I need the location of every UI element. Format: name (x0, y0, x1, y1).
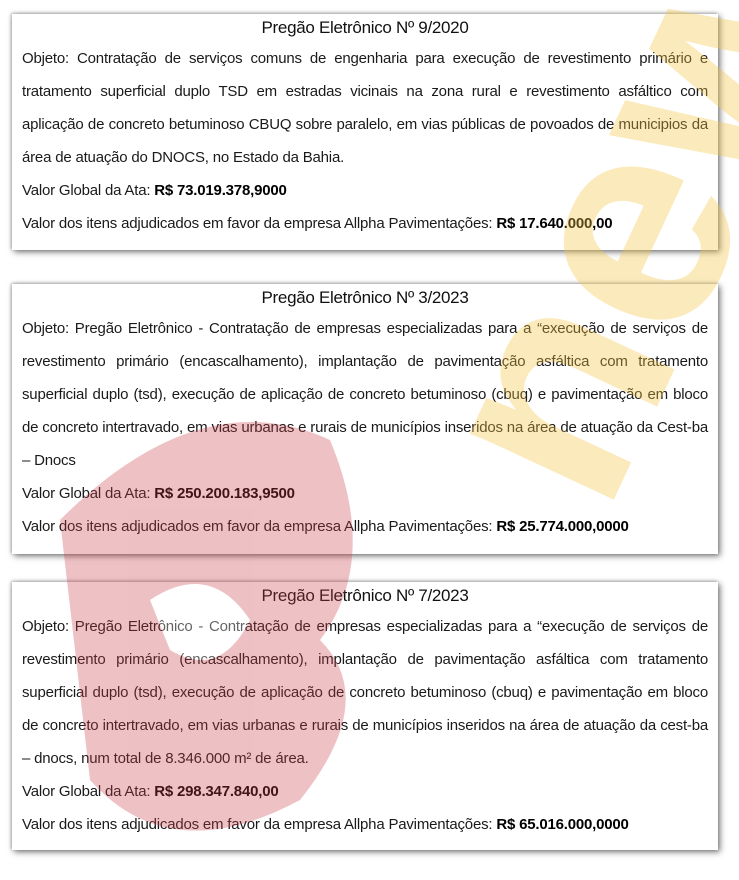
valor-global-label: Valor Global da Ata: (22, 182, 154, 199)
valor-itens-value: R$ 65.016.000,0000 (496, 816, 628, 833)
valor-itens-label: Valor dos itens adjudicados em favor da … (22, 518, 496, 535)
card-title: Pregão Eletrônico Nº 7/2023 (22, 586, 708, 606)
valor-global-row: Valor Global da Ata: R$ 73.019.378,9000 (22, 174, 708, 207)
valor-global-row: Valor Global da Ata: R$ 250.200.183,9500 (22, 477, 708, 510)
valor-itens-row: Valor dos itens adjudicados em favor da … (22, 207, 708, 240)
valor-itens-label: Valor dos itens adjudicados em favor da … (22, 215, 496, 232)
objeto-text: Objeto: Pregão Eletrônico - Contratação … (22, 610, 708, 775)
valor-global-label: Valor Global da Ata: (22, 783, 154, 800)
valor-global-value: R$ 298.347.840,00 (154, 783, 278, 800)
objeto-text: Objeto: Contratação de serviços comuns d… (22, 42, 708, 174)
valor-global-row: Valor Global da Ata: R$ 298.347.840,00 (22, 775, 708, 808)
card-title: Pregão Eletrônico Nº 9/2020 (22, 18, 708, 38)
valor-itens-value: R$ 25.774.000,0000 (496, 518, 628, 535)
card-title: Pregão Eletrônico Nº 3/2023 (22, 288, 708, 308)
valor-global-value: R$ 73.019.378,9000 (154, 182, 286, 199)
valor-itens-row: Valor dos itens adjudicados em favor da … (22, 510, 708, 543)
valor-global-value: R$ 250.200.183,9500 (154, 485, 295, 502)
valor-itens-value: R$ 17.640.000,00 (496, 215, 612, 232)
pregao-card: Pregão Eletrônico Nº 9/2020 Objeto: Cont… (12, 14, 718, 250)
valor-global-label: Valor Global da Ata: (22, 485, 154, 502)
valor-itens-label: Valor dos itens adjudicados em favor da … (22, 816, 496, 833)
pregao-card: Pregão Eletrônico Nº 3/2023 Objeto: Preg… (12, 284, 718, 554)
objeto-text: Objeto: Pregão Eletrônico - Contratação … (22, 312, 708, 477)
valor-itens-row: Valor dos itens adjudicados em favor da … (22, 808, 708, 841)
pregao-card: Pregão Eletrônico Nº 7/2023 Objeto: Preg… (12, 582, 718, 850)
